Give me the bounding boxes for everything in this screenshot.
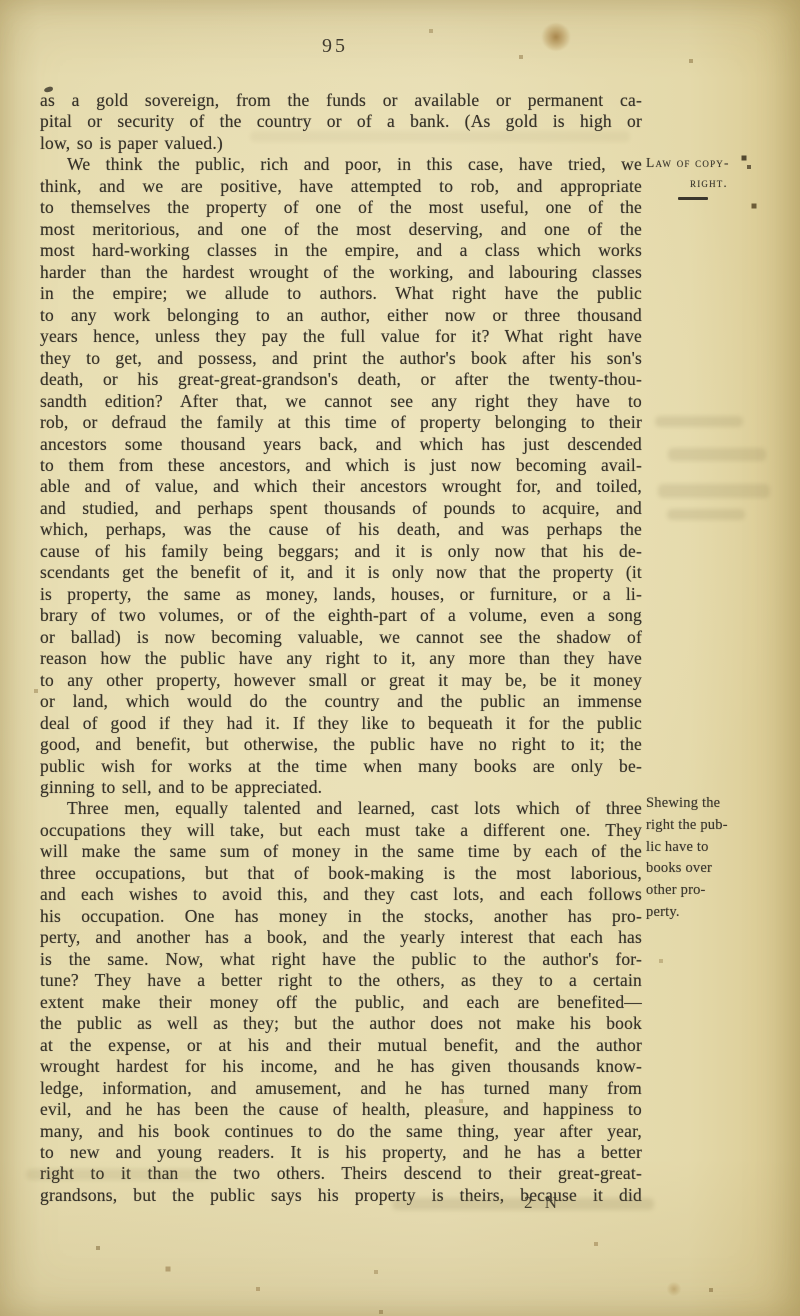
paragraph: as a gold sovereign, from the funds or a… [40, 90, 642, 154]
text-line: in the empire; we allude to authors. Wha… [40, 283, 642, 304]
margin-note-line: Shewing the [646, 793, 788, 815]
text-line: tune? They have a better right to the ot… [40, 970, 642, 991]
text-line: most hard-working classes in the empire,… [40, 240, 642, 261]
bleed-through-text [667, 509, 745, 520]
text-line: they to get, and possess, and print the … [40, 348, 642, 369]
text-line: extent make their money off the public, … [40, 992, 642, 1013]
text-line: his occupation. One has money in the sto… [40, 906, 642, 927]
margin-note-rule [678, 197, 708, 200]
text-line: able and of value, and which their ances… [40, 476, 642, 497]
text-line: death, or his great-great-grandson's dea… [40, 369, 642, 390]
text-line: perty, and another has a book, and the y… [40, 927, 642, 948]
text-line: scendants get the benefit of it, and it … [40, 562, 642, 583]
text-line: occupations they will take, but each mus… [40, 820, 642, 841]
text-line: harder than the hardest wrought of the w… [40, 262, 642, 283]
text-line: the public as well as they; but the auth… [40, 1013, 642, 1034]
page-number: 95 [305, 35, 365, 58]
margin-note-copyright: Law of copy- right. [646, 152, 788, 194]
text-line: deal of good if they had it. If they lik… [40, 713, 642, 734]
text-line: years hence, unless they pay the full va… [40, 326, 642, 347]
text-line: to themselves the property of one of the… [40, 197, 642, 218]
text-line: three occupations, but that of book-maki… [40, 863, 642, 884]
text-line: is property, the same as money, lands, h… [40, 584, 642, 605]
text-line: to them from these ancestors, and which … [40, 455, 642, 476]
paragraph: Three men, equally talented and learned,… [40, 798, 642, 1206]
book-page: 95 as a gold sovereign, from the funds o… [0, 0, 800, 1316]
text-line: ancestors some thousand years back, and … [40, 434, 642, 455]
bleed-through-text [250, 131, 630, 142]
text-line: will make the same sum of money in the s… [40, 841, 642, 862]
bleed-through-text [668, 448, 766, 461]
margin-note-line: perty. [646, 902, 788, 924]
body-text: as a gold sovereign, from the funds or a… [40, 90, 642, 1206]
text-line: think, and we are positive, have attempt… [40, 176, 642, 197]
text-line: to new and young readers. It is his prop… [40, 1142, 642, 1163]
text-line: Three men, equally talented and learned,… [40, 798, 642, 819]
stain-spot [541, 23, 571, 51]
text-line: as a gold sovereign, from the funds or a… [40, 90, 642, 111]
margin-note-line: other pro- [646, 880, 788, 902]
margin-note-line: right the pub- [646, 815, 788, 837]
text-line: ledge, information, and amusement, and h… [40, 1078, 642, 1099]
text-line: to any work belonging to an author, eith… [40, 305, 642, 326]
bleed-through-text [655, 416, 743, 427]
text-line: at the expense, or at his and their mutu… [40, 1035, 642, 1056]
text-line: good, and benefit, but otherwise, the pu… [40, 734, 642, 755]
margin-note-line: right. [646, 173, 788, 194]
text-line: or ballad) is now becoming valuable, we … [40, 627, 642, 648]
text-line: is the same. Now, what right have the pu… [40, 949, 642, 970]
text-line: public wish for works at the time when m… [40, 756, 642, 777]
text-line: We think the public, rich and poor, in t… [40, 154, 642, 175]
text-line: to any other property, however small or … [40, 670, 642, 691]
margin-note-line: Law of copy- [646, 152, 788, 173]
text-line: ginning to sell, and to be appreciated. [40, 777, 642, 798]
text-line: rob, or defraud the family at this time … [40, 412, 642, 433]
text-line: cause of his family being beggars; and i… [40, 541, 642, 562]
bleed-through-text [658, 484, 770, 498]
text-line: wrought hardest for his income, and he h… [40, 1056, 642, 1077]
text-line: reason how the public have any right to … [40, 648, 642, 669]
bleed-through-text [392, 1198, 654, 1210]
text-line: evil, and he has been the cause of healt… [40, 1099, 642, 1120]
paper-specks [0, 0, 2, 2]
bleed-through-text [26, 1169, 211, 1180]
text-line: and studied, and perhaps spent thousands… [40, 498, 642, 519]
text-line: brary of two volumes, or of the eighth-p… [40, 605, 642, 626]
margin-note-line: books over [646, 858, 788, 880]
margin-note-line: lic have to [646, 837, 788, 859]
text-line: pital or security of the country or of a… [40, 111, 642, 132]
margin-note-shewing: Shewing theright the pub-lic have tobook… [646, 793, 788, 924]
text-line: which, perhaps, was the cause of his dea… [40, 519, 642, 540]
text-line: many, and his book continues to do the s… [40, 1121, 642, 1142]
stain-spot-small [666, 1282, 682, 1296]
text-line: sandth edition? After that, we cannot se… [40, 391, 642, 412]
text-line: or land, which would do the country and … [40, 691, 642, 712]
text-line: and each wishes to avoid this, and they … [40, 884, 642, 905]
text-line: most meritorious, and one of the most de… [40, 219, 642, 240]
paragraph: We think the public, rich and poor, in t… [40, 154, 642, 798]
